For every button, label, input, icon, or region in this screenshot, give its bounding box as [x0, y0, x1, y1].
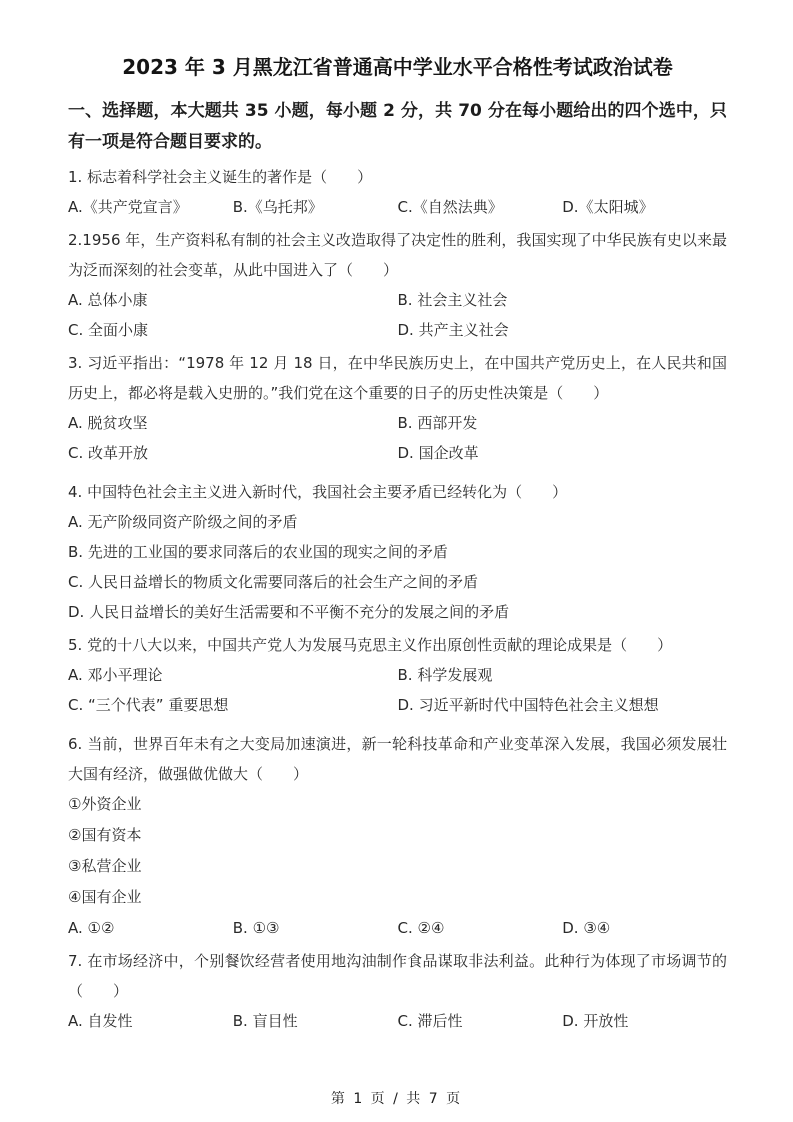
question-6-option-b: B. ①③ — [233, 913, 398, 943]
question-4: 4. 中国特色社会主主义进入新时代，我国社会主要矛盾已经转化为（ ） A. 无产… — [68, 477, 727, 627]
question-6: 6. 当前，世界百年未有之大变局加速演进，新一轮科技革命和产业变革深入发展，我国… — [68, 729, 727, 943]
question-7-option-d: D. 开放性 — [562, 1006, 727, 1036]
question-2-option-a: A. 总体小康 — [68, 285, 398, 315]
question-3-options: A. 脱贫攻坚 B. 西部开发 C. 改革开放 D. 国企改革 — [68, 408, 727, 468]
question-6-item-2: ②国有资本 — [68, 820, 727, 851]
question-6-item-4: ④国有企业 — [68, 882, 727, 913]
question-7-option-a: A. 自发性 — [68, 1006, 233, 1036]
question-1-option-a: A.《共产党宣言》 — [68, 192, 233, 222]
question-6-option-c: C. ②④ — [398, 913, 563, 943]
question-6-stem: 6. 当前，世界百年未有之大变局加速演进，新一轮科技革命和产业变革深入发展，我国… — [68, 729, 727, 789]
question-2-option-c: C. 全面小康 — [68, 315, 398, 345]
question-5-option-b: B. 科学发展观 — [398, 660, 728, 690]
question-2-option-d: D. 共产主义社会 — [398, 315, 728, 345]
question-7-stem: 7. 在市场经济中，个别餐饮经营者使用地沟油制作食品谋取非法利益。此种行为体现了… — [68, 946, 727, 1006]
question-1-stem: 1. 标志着科学社会主义诞生的著作是（ ） — [68, 162, 727, 192]
question-4-stem: 4. 中国特色社会主主义进入新时代，我国社会主要矛盾已经转化为（ ） — [68, 477, 727, 507]
page-footer: 第 1 页 / 共 7 页 — [0, 1088, 793, 1108]
question-7-option-b: B. 盲目性 — [233, 1006, 398, 1036]
question-3-option-c: C. 改革开放 — [68, 438, 398, 468]
question-2-stem: 2.1956 年，生产资料私有制的社会主义改造取得了决定性的胜利，我国实现了中华… — [68, 225, 727, 285]
question-6-option-d: D. ③④ — [562, 913, 727, 943]
exam-page: 2023 年 3 月黑龙江省普通高中学业水平合格性考试政治试卷 一、选择题，本大… — [0, 0, 793, 1122]
question-4-options: A. 无产阶级同资产阶级之间的矛盾 B. 先进的工业国的要求同落后的农业国的现实… — [68, 507, 727, 627]
question-3: 3. 习近平指出：“1978 年 12 月 18 日，在中华民族历史上，在中国共… — [68, 348, 727, 468]
question-2-options: A. 总体小康 B. 社会主义社会 C. 全面小康 D. 共产主义社会 — [68, 285, 727, 345]
question-1-option-d: D.《太阳城》 — [562, 192, 727, 222]
question-5: 5. 党的十八大以来，中国共产党人为发展马克思主义作出原创性贡献的理论成果是（ … — [68, 630, 727, 720]
question-3-stem: 3. 习近平指出：“1978 年 12 月 18 日，在中华民族历史上，在中国共… — [68, 348, 727, 408]
question-3-option-b: B. 西部开发 — [398, 408, 728, 438]
question-4-option-a: A. 无产阶级同资产阶级之间的矛盾 — [68, 507, 727, 537]
question-5-option-a: A. 邓小平理论 — [68, 660, 398, 690]
question-7-options: A. 自发性 B. 盲目性 C. 滞后性 D. 开放性 — [68, 1006, 727, 1036]
question-5-option-d: D. 习近平新时代中国特色社会主义想想 — [398, 690, 728, 720]
page-title: 2023 年 3 月黑龙江省普通高中学业水平合格性考试政治试卷 — [68, 52, 727, 82]
question-4-option-d: D. 人民日益增长的美好生活需要和不平衡不充分的发展之间的矛盾 — [68, 597, 727, 627]
question-1-options: A.《共产党宣言》 B.《乌托邦》 C.《自然法典》 D.《太阳城》 — [68, 192, 727, 222]
question-1-option-b: B.《乌托邦》 — [233, 192, 398, 222]
question-2: 2.1956 年，生产资料私有制的社会主义改造取得了决定性的胜利，我国实现了中华… — [68, 225, 727, 345]
question-3-option-d: D. 国企改革 — [398, 438, 728, 468]
question-2-option-b: B. 社会主义社会 — [398, 285, 728, 315]
question-1-option-c: C.《自然法典》 — [398, 192, 563, 222]
question-6-item-1: ①外资企业 — [68, 789, 727, 820]
question-5-stem: 5. 党的十八大以来，中国共产党人为发展马克思主义作出原创性贡献的理论成果是（ … — [68, 630, 727, 660]
question-5-option-c: C. “三个代表” 重要思想 — [68, 690, 398, 720]
question-6-options: A. ①② B. ①③ C. ②④ D. ③④ — [68, 913, 727, 943]
question-6-item-3: ③私营企业 — [68, 851, 727, 882]
question-4-option-c: C. 人民日益增长的物质文化需要同落后的社会生产之间的矛盾 — [68, 567, 727, 597]
question-1: 1. 标志着科学社会主义诞生的著作是（ ） A.《共产党宣言》 B.《乌托邦》 … — [68, 162, 727, 222]
question-4-option-b: B. 先进的工业国的要求同落后的农业国的现实之间的矛盾 — [68, 537, 727, 567]
question-6-option-a: A. ①② — [68, 913, 233, 943]
question-7-option-c: C. 滞后性 — [398, 1006, 563, 1036]
question-7: 7. 在市场经济中，个别餐饮经营者使用地沟油制作食品谋取非法利益。此种行为体现了… — [68, 946, 727, 1036]
question-3-option-a: A. 脱贫攻坚 — [68, 408, 398, 438]
section-header: 一、选择题，本大题共 35 小题，每小题 2 分，共 70 分在每小题给出的四个… — [68, 96, 727, 158]
question-5-options: A. 邓小平理论 B. 科学发展观 C. “三个代表” 重要思想 D. 习近平新… — [68, 660, 727, 720]
